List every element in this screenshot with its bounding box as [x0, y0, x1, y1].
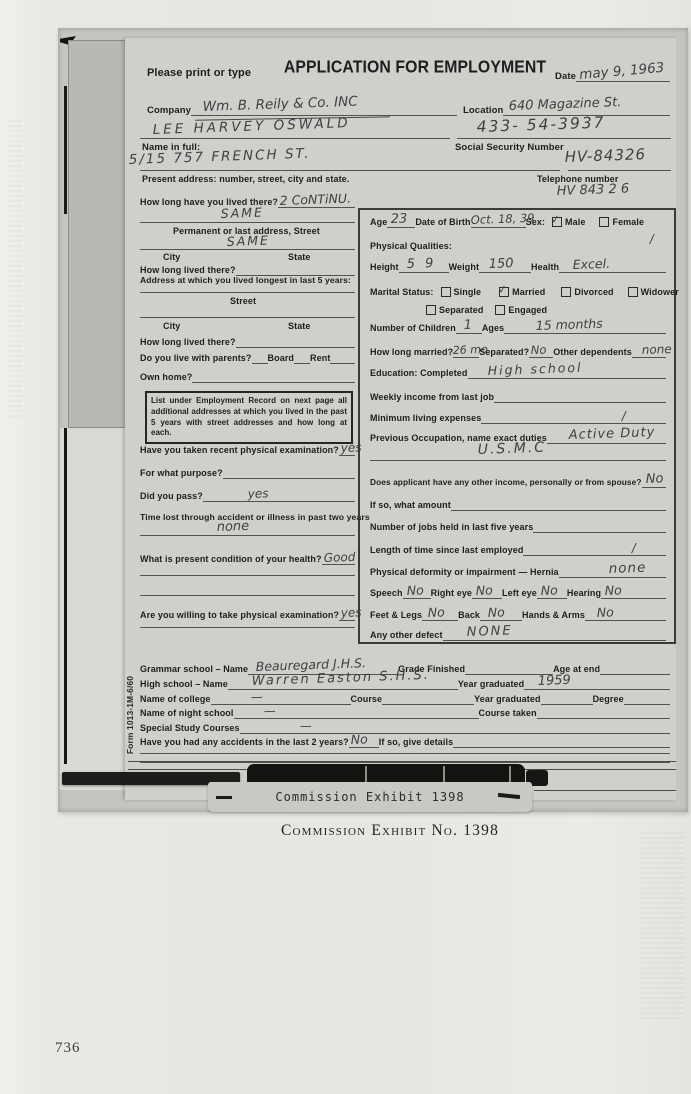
ages-handwriting: 15 months	[536, 316, 603, 333]
hands-arms-handwriting: No	[596, 604, 614, 620]
rent-label: Rent	[310, 353, 330, 364]
company-label: Company	[147, 105, 191, 116]
last-employed-line: ∕	[523, 554, 666, 556]
checkbox-separated	[426, 305, 436, 315]
other-defect-label: Any other defect	[370, 630, 443, 641]
parents-label: Do you live with parents?	[140, 353, 252, 364]
other-defect-line: NONE	[443, 639, 666, 641]
previous-occupation-handwriting: Active Duty	[568, 425, 655, 443]
degree-line	[624, 703, 670, 705]
time-lost-label: Time lost through accident or illness in…	[140, 512, 370, 523]
own-home-field: Own home?	[140, 371, 355, 383]
how-long-lived3-line	[236, 346, 355, 348]
marital-status-field: Marital Status: Single Married Divorced …	[370, 286, 666, 298]
widower-label: Widower	[641, 287, 679, 298]
page-under-strip	[60, 428, 125, 790]
other-income-handwriting: No	[645, 471, 663, 487]
give-details-line	[453, 746, 670, 748]
ages-line: 15 months	[504, 332, 666, 334]
live-with-parents-field: Do you live with parents? Board Rent	[140, 352, 355, 364]
night-school-field: Name of night school — Course taken	[140, 707, 670, 719]
own-home-line	[192, 381, 355, 383]
form-number: Form 1013-1M-6/60	[125, 676, 135, 754]
course-taken-line	[537, 717, 670, 719]
age-line: 23	[387, 226, 415, 228]
parents-line	[252, 362, 268, 364]
phone2-handwriting: HV 843 2 6	[556, 181, 629, 199]
right-eye-line: No	[472, 597, 502, 599]
back-line: No	[480, 619, 522, 621]
checkbox-engaged	[495, 305, 505, 315]
did-you-pass-handwriting: yes	[247, 486, 268, 501]
year-graduated2-line	[541, 703, 593, 705]
date-field: Date may 9, 1963	[555, 70, 670, 82]
children-field: Number of Children 1 Ages 15 months	[370, 322, 666, 334]
other-dependents-label: Other dependents	[553, 347, 632, 358]
weekly-income-field: Weekly income from last job	[370, 391, 666, 403]
last-employed-label: Length of time since last employed	[370, 545, 523, 556]
if-so-amount-label: If so, what amount	[370, 500, 451, 511]
purpose-field: For what purpose?	[140, 467, 355, 479]
age-label: Age	[370, 217, 387, 228]
other-dependents-line: none	[632, 356, 666, 358]
ssn-label: Social Security Number	[455, 142, 564, 153]
ssn-line	[457, 138, 671, 139]
living-expenses-label: Minimum living expenses	[370, 413, 481, 424]
city-state-line2	[140, 317, 355, 318]
left-eye-label: Left eye	[502, 588, 537, 599]
hernia-field: Physical deformity or impairment — Herni…	[370, 566, 666, 578]
binding-line	[64, 428, 67, 764]
education-label: Education: Completed	[370, 368, 468, 379]
hearing-handwriting: No	[605, 582, 623, 598]
did-you-pass-label: Did you pass?	[140, 491, 203, 502]
special-courses-dash: —	[299, 719, 311, 733]
employment-record-note: List under Employment Record on next pag…	[145, 391, 353, 444]
blank-line	[140, 762, 670, 763]
health-handwriting: Excel.	[573, 256, 611, 272]
stray-mark: ∕	[621, 409, 626, 423]
divorced-label: Divorced	[574, 287, 613, 298]
college-dash: —	[250, 690, 262, 704]
physical-exam-line: yes	[339, 454, 355, 456]
speech-eyes-hearing-field: Speech No Right eye No Left eye No Heari…	[370, 587, 666, 599]
living-expenses-field: Minimum living expenses ∕	[370, 412, 666, 424]
give-details-label: If so, give details	[379, 737, 453, 748]
exhibit-stamp-tab: Commission Exhibit 1398	[208, 782, 532, 812]
date-handwriting: may 9, 1963	[579, 60, 665, 83]
street-line	[140, 292, 355, 293]
weight-line: 150	[479, 271, 531, 273]
blank-line	[140, 627, 355, 628]
children-handwriting: 1	[463, 318, 472, 333]
hernia-handwriting: none	[608, 560, 646, 577]
hearing-line: No	[601, 597, 666, 599]
health-label: Health	[531, 262, 559, 273]
howlong-line: 26 mo.	[453, 356, 479, 358]
dob-line: Oct. 18, 39	[471, 226, 526, 228]
checkbox-widower	[628, 287, 638, 297]
checkbox-male	[552, 217, 562, 227]
checkbox-female	[599, 217, 609, 227]
weight-handwriting: 150	[489, 256, 514, 272]
name-line	[140, 138, 450, 139]
dob-handwriting: Oct. 18, 39	[470, 211, 534, 227]
same1-handwriting: SAME	[220, 205, 264, 221]
perm-address-line	[140, 222, 355, 223]
course-label: Course	[351, 694, 383, 705]
phone-handwriting: HV-84326	[564, 145, 646, 166]
high-school-label: High school – Name	[140, 679, 228, 690]
year-graduated2-label: Year graduated	[474, 694, 540, 705]
night-school-dash: —	[263, 704, 275, 718]
willing-exam-line: yes	[339, 619, 355, 621]
document-photo: /* bind alias */ Please print or type AP…	[58, 28, 688, 812]
course-line	[382, 703, 474, 705]
separated-label: Separated	[439, 305, 483, 316]
night-school-line: —	[234, 717, 479, 719]
other-defect-field: Any other defect NONE	[370, 629, 666, 641]
speech-label: Speech	[370, 588, 403, 599]
college-label: Name of college	[140, 694, 211, 705]
right-eye-handwriting: No	[476, 582, 494, 598]
height-weight-health-field: Height 5 9 Weight 150 Health Excel.	[370, 261, 666, 273]
health-condition-label: What is present condition of your health…	[140, 554, 322, 565]
jobs-held-field: Number of jobs held in last five years	[370, 521, 666, 533]
how-long-lived3-label: How long lived there?	[140, 337, 236, 348]
accidents-label: Have you had any accidents in the last 2…	[140, 737, 349, 748]
height-line: 5 9	[399, 271, 449, 273]
ledger-rule	[534, 790, 676, 791]
marital-label: Marital Status:	[370, 287, 434, 298]
purpose-label: For what purpose?	[140, 468, 223, 479]
checkbox-married	[499, 287, 509, 297]
college-field: Name of college — Course Year graduated …	[140, 693, 670, 705]
degree-label: Degree	[593, 694, 624, 705]
feet-legs-label: Feet & Legs	[370, 610, 422, 621]
education-handwriting: High school	[487, 360, 582, 378]
health-line: Excel.	[559, 271, 666, 273]
health-condition-field: What is present condition of your health…	[140, 553, 355, 565]
age-at-end-line	[600, 673, 670, 675]
if-so-amount-line	[451, 509, 666, 511]
blank-line	[140, 575, 355, 576]
city-label1: City	[163, 252, 180, 263]
right-eye-label: Right eye	[431, 588, 472, 599]
time-lost-handwriting: none	[216, 519, 249, 535]
night-school-label: Name of night school	[140, 708, 234, 719]
back-label: Back	[458, 610, 480, 621]
jobs-held-line	[533, 531, 666, 533]
page-number: 736	[55, 1040, 81, 1057]
single-label: Single	[454, 287, 482, 298]
personal-data-panel: Age 23 Date of Birth Oct. 18, 39 Sex: Ma…	[358, 208, 676, 644]
year-graduated-handwriting: 1959	[538, 673, 572, 689]
accidents-handwriting: No	[350, 731, 368, 747]
exhibit-caption: Commission Exhibit No. 1398	[180, 822, 600, 840]
checkbox-divorced	[561, 287, 571, 297]
form-title: APPLICATION FOR EMPLOYMENT	[272, 61, 558, 74]
street-label: Street	[230, 296, 256, 307]
separated-q-line: No	[529, 356, 553, 358]
previous-occupation-line: Active Duty	[547, 442, 666, 444]
rent-line	[330, 362, 355, 364]
speech-handwriting: No	[406, 582, 424, 598]
how-long-lived-line: 2 CoNTiNU.	[278, 206, 355, 208]
address-line	[140, 170, 560, 171]
year-graduated-label: Year graduated	[458, 679, 524, 690]
did-you-pass-field: Did you pass? yes	[140, 490, 355, 502]
other-income-field: Does applicant have any other income, pe…	[370, 476, 666, 488]
name-handwriting: LEE HARVEY OSWALD	[152, 115, 350, 138]
health-condition-line: Good	[322, 563, 355, 565]
ssn-handwriting: 433- 54-3937	[476, 114, 605, 136]
hands-arms-label: Hands & Arms	[522, 610, 585, 621]
living-expenses-line: ∕	[481, 422, 666, 424]
address-longest-label: Address at which you lived longest in la…	[140, 275, 351, 286]
date-line: may 9, 1963	[576, 80, 670, 82]
height-label: Height	[370, 262, 399, 273]
children-line: 1	[456, 332, 482, 334]
book-page: /* bind alias */ Please print or type AP…	[0, 0, 691, 1094]
accidents-line: No	[349, 746, 379, 748]
female-label: Female	[612, 217, 644, 228]
hernia-label: Physical deformity or impairment — Herni…	[370, 567, 559, 578]
checkbox-single	[441, 287, 451, 297]
left-eye-handwriting: No	[540, 582, 558, 598]
jobs-held-label: Number of jobs held in last five years	[370, 522, 533, 533]
phone-line	[568, 170, 671, 171]
how-long-lived3-field: How long lived there?	[140, 336, 355, 348]
company-field: Company Wm. B. Reily & Co. INC	[147, 104, 457, 116]
blank-line	[140, 753, 670, 754]
stray-mark: ∕	[631, 541, 636, 555]
education-line: High school	[468, 377, 666, 379]
board-label: Board	[268, 353, 295, 364]
usmc-line	[370, 460, 666, 461]
same2-handwriting: SAME	[226, 233, 270, 249]
hearing-label: Hearing	[567, 588, 601, 599]
city-label2: City	[163, 321, 180, 332]
dob-label: Date of Birth	[415, 217, 470, 228]
other-defect-handwriting: NONE	[466, 623, 512, 640]
stamp-dash	[216, 796, 232, 799]
location-handwriting: 640 Magazine St.	[509, 95, 622, 114]
how-long-lived-handwriting: 2 CoNTiNU.	[280, 191, 352, 208]
married-length-field: How long married? 26 mo. Separated? No O…	[370, 346, 666, 358]
board-line	[294, 362, 310, 364]
male-label: Male	[565, 217, 585, 228]
other-dependents-handwriting: none	[641, 342, 671, 357]
employment-application-form: /* bind alias */ Please print or type AP…	[125, 38, 676, 800]
college-line: —	[211, 703, 351, 705]
married-label: Married	[512, 287, 545, 298]
other-income-line: No	[642, 486, 666, 488]
separated-q-handwriting: No	[531, 342, 547, 357]
date-label: Date	[555, 71, 576, 82]
hands-arms-line: No	[585, 619, 666, 621]
ages-label: Ages	[482, 323, 504, 334]
if-so-amount-field: If so, what amount	[370, 499, 666, 511]
exhibit-stamp-text: Commission Exhibit 1398	[275, 790, 464, 804]
feet-legs-line: No	[422, 619, 458, 621]
hernia-line: none	[559, 576, 666, 578]
howlong-handwriting: 26 mo.	[453, 343, 492, 357]
accidents-field: Have you had any accidents in the last 2…	[140, 736, 670, 748]
children-label: Number of Children	[370, 323, 456, 334]
own-home-label: Own home?	[140, 372, 192, 383]
bleed-through-text	[8, 120, 22, 420]
height-handwriting: 5 9	[406, 256, 436, 272]
print-or-type-label: Please print or type	[147, 68, 251, 79]
page-edge-strip	[68, 40, 130, 428]
bleed-through-text	[640, 832, 684, 1022]
physical-qualities-label: Physical Qualities:	[370, 241, 452, 252]
age-dob-sex-field: Age 23 Date of Birth Oct. 18, 39 Sex: Ma…	[370, 216, 666, 228]
state-label1: State	[288, 252, 311, 263]
engaged-label: Engaged	[508, 305, 547, 316]
ledger-rule	[128, 761, 676, 762]
present-address-label: Present address: number, street, city an…	[142, 174, 349, 185]
special-courses-field: Special Study Courses —	[140, 722, 670, 734]
special-courses-line: —	[240, 732, 670, 734]
feet-legs-handwriting: No	[428, 604, 446, 620]
last-employed-field: Length of time since last employed ∕	[370, 544, 666, 556]
back-handwriting: No	[488, 604, 506, 620]
health-condition-handwriting: Good	[323, 550, 355, 565]
left-eye-line: No	[537, 597, 567, 599]
weekly-income-line	[494, 401, 666, 403]
course-taken-label: Course taken	[479, 708, 537, 719]
city-state-line1	[140, 249, 355, 250]
weight-label: Weight	[449, 262, 479, 273]
other-income-label: Does applicant have any other income, pe…	[370, 477, 642, 488]
age-handwriting: 23	[391, 211, 408, 227]
physical-exam-field: Have you taken recent physical examinati…	[140, 444, 355, 456]
marital-status-field2: Separated Engaged	[426, 304, 666, 316]
education-field: Education: Completed High school	[370, 367, 666, 379]
weekly-income-label: Weekly income from last job	[370, 392, 494, 403]
time-lost-line	[140, 535, 355, 536]
special-courses-label: Special Study Courses	[140, 723, 240, 734]
physical-exam-label: Have you taken recent physical examinati…	[140, 445, 339, 456]
usmc-handwriting: U.S.M.C	[477, 440, 546, 458]
willing-exam-label: Are you willing to take physical examina…	[140, 610, 339, 621]
blank-line	[140, 595, 355, 596]
purpose-line	[223, 477, 355, 479]
state-label2: State	[288, 321, 311, 332]
howlong-married-label: How long married?	[370, 347, 453, 358]
stray-mark: ∕	[649, 232, 654, 246]
grammar-school-label: Grammar school – Name	[140, 664, 248, 675]
feet-back-hands-field: Feet & Legs No Back No Hands & Arms No	[370, 609, 666, 621]
year-graduated-line: 1959	[524, 688, 670, 690]
speech-line: No	[403, 597, 431, 599]
location-label: Location	[463, 105, 503, 116]
willing-exam-field: Are you willing to take physical examina…	[140, 609, 355, 621]
binding-line	[64, 86, 67, 214]
did-you-pass-line: yes	[203, 500, 355, 502]
company-handwriting: Wm. B. Reily & Co. INC	[202, 94, 357, 115]
high-school-field: High school – Name Warren Easton S.H.S. …	[140, 678, 670, 690]
